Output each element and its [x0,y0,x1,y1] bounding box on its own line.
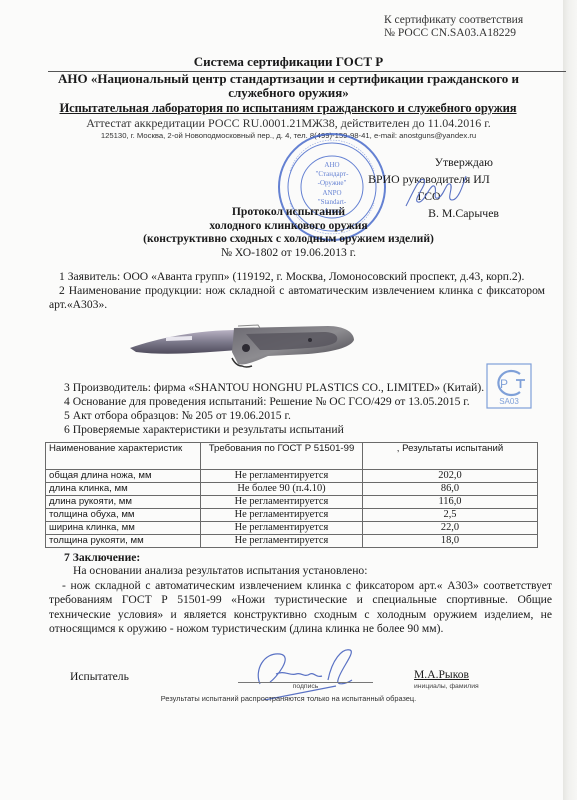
cell-characteristic: ширина клинка, мм [46,522,201,535]
tester-name: М.А.Рыков [414,668,469,681]
protocol-subtitle-2: (конструктивно сходных с холодным оружие… [0,232,577,246]
sections-list: 3 Производитель: фирма «SHANTOU HONGHU P… [64,381,484,437]
protocol-number: № ХО-1802 от 19.06.2013 г. [0,246,577,260]
cell-characteristic: длина рукояти, мм [46,496,201,509]
footer-note: Результаты испытаний распространяются то… [0,694,577,703]
tester-signature-icon [240,640,370,700]
laboratory-name: Испытательная лаборатория по испытаниям … [38,101,538,116]
results-table-header: Наименование характеристик Требования по… [46,443,538,470]
cell-result: 18,0 [363,535,538,548]
cell-requirement: Не регламентируется [201,496,363,509]
conclusion-intro: На основании анализа результатов испытан… [49,564,552,579]
accreditation-line: Аттестат аккредитации РОСС RU.0001.21МЖ3… [0,116,577,131]
pct-mark-code: SA03 [499,397,519,406]
conclusion-title: 7 Заключение: [64,551,140,564]
protocol-title: Протокол испытаний [0,205,577,219]
certification-system-title: Система сертификации ГОСТ Р [0,54,577,70]
cell-requirement: Не регламентируется [201,509,363,522]
stamp-line2: "Стандарт- [316,170,350,178]
cell-result: 86,0 [363,483,538,496]
certificate-reference: К сертификату соответствия № РОСС CN.SA0… [384,14,523,40]
cell-result: 116,0 [363,496,538,509]
header-requirements: Требования по ГОСТ Р 51501-99 [201,443,363,470]
cell-requirement: Не регламентируется [201,470,363,483]
stamp-line1: АНО [324,161,339,169]
organization-name: АНО «Национальный центр стандартизации и… [40,72,537,100]
table-row: ширина клинка, мм Не регламентируется 22… [46,522,538,535]
cell-requirement: Не регламентируется [201,535,363,548]
certificate-ref-line1: К сертификату соответствия [384,14,523,27]
stamp-line4: ANPO [322,189,341,197]
header-characteristic: Наименование характеристик [46,443,201,470]
tester-label: Испытатель [70,670,129,683]
cell-characteristic: толщина рукояти, мм [46,535,201,548]
table-row: длина клинка, мм Не более 90 (п.4.10) 86… [46,483,538,496]
cell-requirement: Не регламентируется [201,522,363,535]
approval-label: Утверждаю [359,154,499,171]
signature-caption: подпись [238,683,373,690]
section-results-title: 6 Проверяемые характеристики и результат… [64,423,484,437]
cell-result: 2,5 [363,509,538,522]
table-row: общая длина ножа, мм Не регламентируется… [46,470,538,483]
conclusion-text: - нож складной с автоматическим извлечен… [49,579,552,637]
certificate-ref-number: № РОСС CN.SA03.A18229 [384,27,523,40]
cell-result: 22,0 [363,522,538,535]
protocol-heading: Протокол испытаний холодного клинкового … [0,205,577,259]
section-product: 2 Наименование продукции: нож складной с… [49,284,545,312]
knife-photo-icon [128,322,358,372]
table-row: толщина рукояти, мм Не регламентируется … [46,535,538,548]
section-basis: 4 Основание для проведения испытаний: Ре… [64,395,484,409]
stamp-line3: -Оружие" [318,179,347,187]
protocol-subtitle: холодного клинкового оружия [0,219,577,233]
section-applicant: 1 Заявитель: ООО «Аванта групп» (119192,… [49,270,545,284]
section-sample-act: 5 Акт отбора образцов: № 205 от 19.06.20… [64,409,484,423]
svg-text:Р: Р [500,377,508,391]
cell-result: 202,0 [363,470,538,483]
table-row: длина рукояти, мм Не регламентируется 11… [46,496,538,509]
header-results: , Результаты испытаний [363,443,538,470]
cell-characteristic: общая длина ножа, мм [46,470,201,483]
section-manufacturer: 3 Производитель: фирма «SHANTOU HONGHU P… [64,381,484,395]
cell-requirement: Не более 90 (п.4.10) [201,483,363,496]
cell-characteristic: длина клинка, мм [46,483,201,496]
approver-signature-icon [400,170,470,210]
tester-name-caption: инициалы, фамилия [414,683,479,690]
cell-characteristic: толщина обуха, мм [46,509,201,522]
table-row: толщина обуха, мм Не регламентируется 2,… [46,509,538,522]
results-table: Наименование характеристик Требования по… [45,442,538,548]
conclusion-body: На основании анализа результатов испытан… [49,564,552,637]
pct-certification-mark-icon: Р SA03 [486,363,532,409]
